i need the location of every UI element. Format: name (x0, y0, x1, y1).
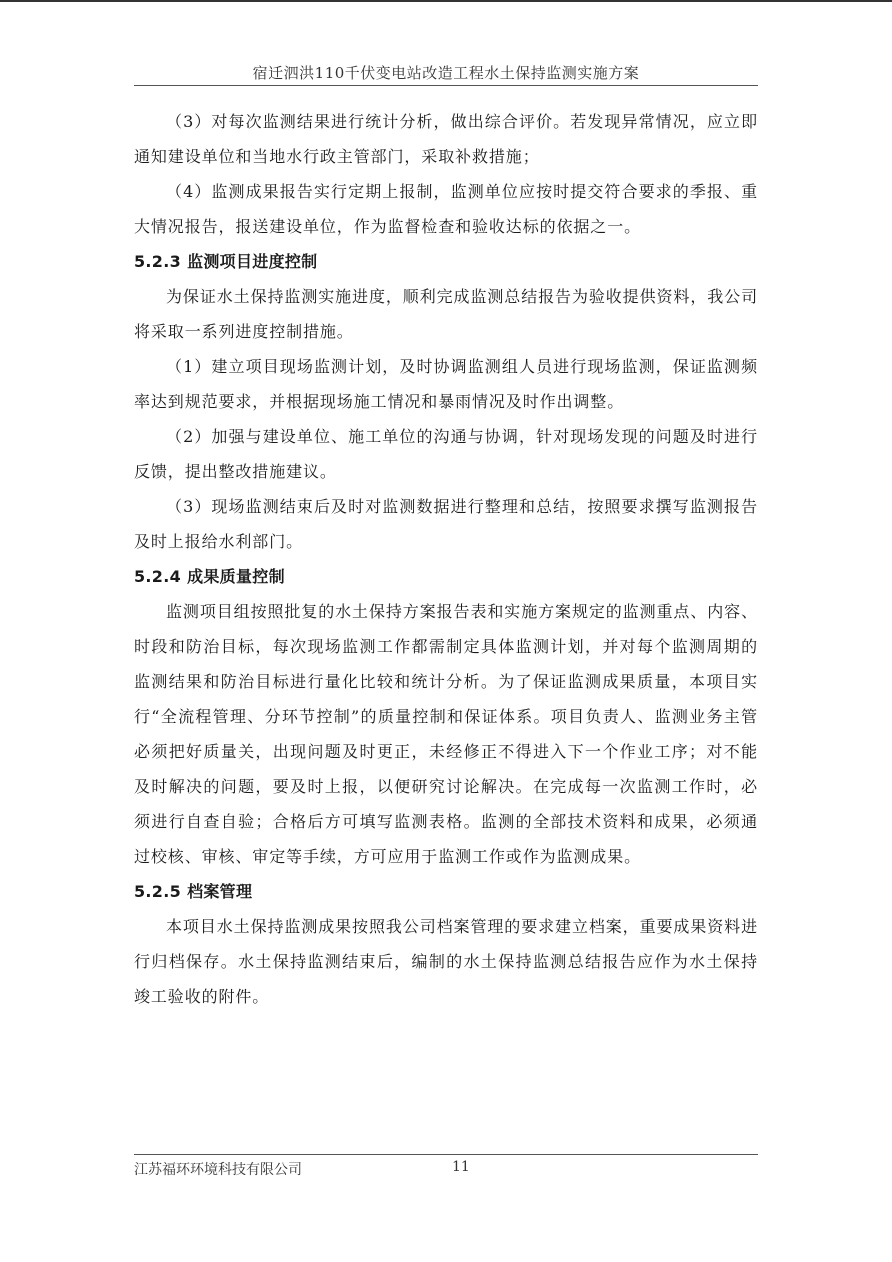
footer-divider (134, 1154, 758, 1155)
section-title: 监测项目进度控制 (187, 252, 317, 271)
paragraph-progress-item-2: （2）加强与建设单位、施工单位的沟通与协调，针对现场发现的问题及时进行反馈，提出… (134, 419, 758, 489)
section-number: 5.2.3 (134, 252, 181, 271)
section-heading-5-2-4: 5.2.4成果质量控制 (134, 559, 758, 594)
header-divider (134, 85, 758, 86)
page-number: 11 (452, 1159, 470, 1175)
paragraph-progress-item-3: （3）现场监测结束后及时对监测数据进行整理和总结，按照要求撰写监测报告及时上报给… (134, 489, 758, 559)
section-title: 成果质量控制 (187, 567, 285, 586)
paragraph-item-3-analysis: （3）对每次监测结果进行统计分析，做出综合评价。若发现异常情况，应立即通知建设单… (134, 104, 758, 174)
section-heading-5-2-5: 5.2.5档案管理 (134, 874, 758, 909)
page-header-title: 宿迁泗洪110千伏变电站改造工程水土保持监测实施方案 (134, 62, 758, 83)
footer-company-name: 江苏福环环境科技有限公司 (134, 1159, 302, 1179)
section-title: 档案管理 (187, 882, 252, 901)
paragraph-archive-management: 本项目水土保持监测成果按照我公司档案管理的要求建立档案，重要成果资料进行归档保存… (134, 909, 758, 1014)
paragraph-progress-intro: 为保证水土保持监测实施进度，顺利完成监测总结报告为验收提供资料，我公司将采取一系… (134, 279, 758, 349)
section-number: 5.2.5 (134, 882, 181, 901)
paragraph-item-4-reporting: （4）监测成果报告实行定期上报制，监测单位应按时提交符合要求的季报、重大情况报告… (134, 174, 758, 244)
section-heading-5-2-3: 5.2.3监测项目进度控制 (134, 244, 758, 279)
page-top-edge (0, 0, 892, 2)
paragraph-progress-item-1: （1）建立项目现场监测计划，及时协调监测组人员进行现场监测，保证监测频率达到规范… (134, 349, 758, 419)
paragraph-quality-control: 监测项目组按照批复的水土保持方案报告表和实施方案规定的监测重点、内容、时段和防治… (134, 594, 758, 874)
document-body: （3）对每次监测结果进行统计分析，做出综合评价。若发现异常情况，应立即通知建设单… (134, 104, 758, 1014)
section-number: 5.2.4 (134, 567, 181, 586)
